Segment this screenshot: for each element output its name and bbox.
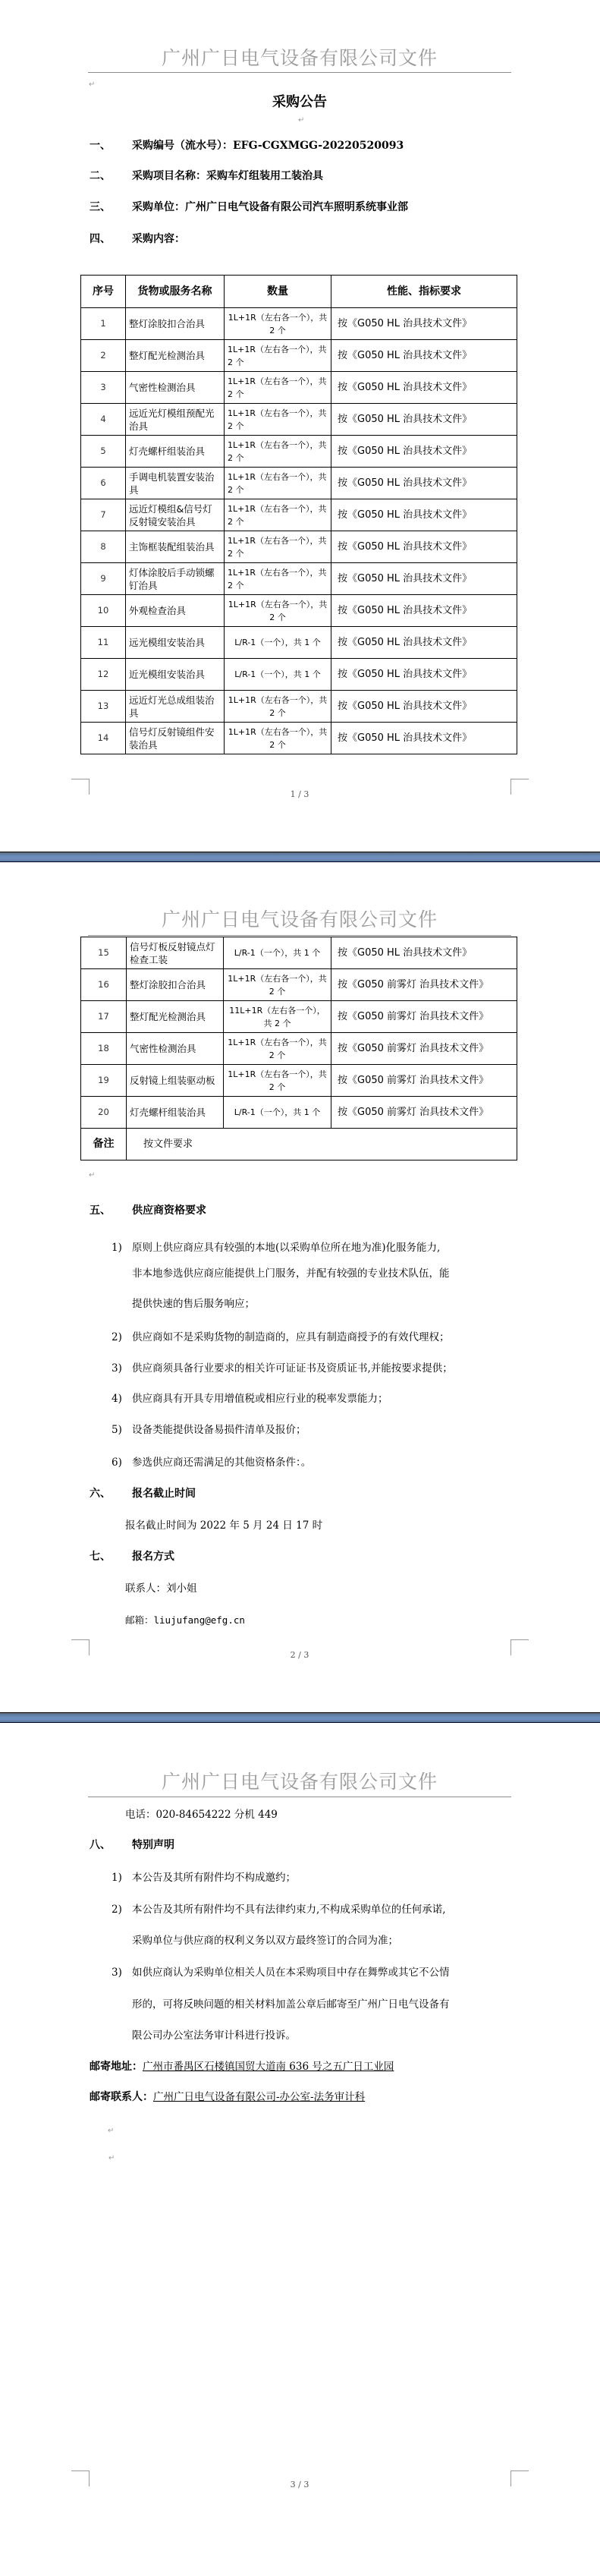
mail-address-line: 邮寄地址：广州市番禺区石楼镇国贸大道南 636 号之五广日工业园 [90, 2060, 394, 2074]
page-3: 广州广日电气设备有限公司文件 电话：020-84654222 分机 449 八、… [0, 1723, 600, 2576]
cell-no: 18 [81, 1033, 127, 1065]
item-number: 4) [112, 1392, 122, 1406]
cell-spec: 按《G050 HL 治具技术文件》 [331, 627, 517, 659]
cell-spec: 按《G050 HL 治具技术文件》 [331, 723, 517, 754]
section-1-label: 采购编号（流水号）： [132, 140, 233, 152]
cell-spec: 按《G050 前雾灯 治具技术文件》 [331, 1097, 517, 1129]
cell-spec: 按《G050 HL 治具技术文件》 [331, 531, 517, 563]
cell-qty: L/R-1（一个），共 1 个 [224, 937, 331, 969]
cell-no: 11 [81, 627, 126, 659]
crop-mark-left [71, 2471, 90, 2486]
table-row: 14信号灯反射镜组件安装治具1L+1R（左右各一个），共 2 个按《G050 H… [81, 723, 517, 754]
paragraph-mark-icon: ↵ [108, 2154, 115, 2162]
table-row: 20灯壳螺杆组装治具L/R-1（一个），共 1 个按《G050 前雾灯 治具技术… [81, 1097, 517, 1129]
item-text: 本公告及其所有附件均不构成邀约； [132, 1871, 296, 1885]
cell-name: 手调电机装置安装治具 [126, 468, 225, 499]
cell-qty: 1L+1R（左右各一个），共 2 个 [224, 1033, 331, 1065]
cell-qty: 1L+1R（左右各一个），共 2 个 [225, 595, 331, 627]
table-row: 4远近光灯模组预配光治具1L+1R（左右各一个），共 2 个按《G050 HL … [81, 404, 517, 436]
page-number: 1 / 3 [88, 789, 511, 800]
purchase-number: EFG-CGXMGG-20220520093 [233, 140, 404, 152]
cell-qty: 1L+1R（左右各一个），共 2 个 [225, 404, 331, 436]
cell-qty: L/R-1（一个），共 1 个 [225, 659, 331, 691]
section-1-text: 采购编号（流水号）：EFG-CGXMGG-20220520093 [132, 139, 404, 153]
header-rule [88, 72, 511, 73]
section-3-label: 采购单位： [132, 201, 185, 213]
paragraph-mark-icon: ↵ [298, 116, 304, 124]
document-header: 广州广日电气设备有限公司文件 [88, 909, 511, 931]
contact-email[interactable]: 邮箱：liujufang@efg.cn [125, 1614, 245, 1627]
item-text: 供应商须具备行业要求的相关许可证证书及资质证书,并能按要求提供； [132, 1362, 453, 1375]
purchasing-unit: 广州广日电气设备有限公司汽车照明系统事业部 [185, 201, 408, 213]
section-8-number: 八、 [90, 1838, 111, 1852]
cell-no: 5 [81, 436, 126, 468]
cell-name: 灯壳螺杆组装治具 [127, 1097, 224, 1129]
crop-mark-right [510, 779, 529, 795]
cell-spec: 按《G050 HL 治具技术文件》 [331, 372, 517, 404]
cell-name: 信号灯反射镜组件安装治具 [126, 723, 225, 754]
page-title: 采购公告 [88, 93, 511, 112]
mail-address-label: 邮寄地址： [90, 2061, 143, 2073]
cell-name: 远近灯模组&信号灯反射镜安装治具 [126, 499, 225, 531]
cell-qty: 1L+1R（左右各一个），共 2 个 [225, 723, 331, 754]
paragraph-mark-icon: ↵ [89, 80, 95, 89]
cell-spec: 按《G050 HL 治具技术文件》 [331, 563, 517, 595]
cell-spec: 按《G050 HL 治具技术文件》 [331, 499, 517, 531]
page-number: 2 / 3 [88, 1650, 511, 1661]
cell-qty: 1L+1R（左右各一个），共 2 个 [225, 436, 331, 468]
cell-no: 13 [81, 691, 126, 723]
cell-name: 气密性检测治具 [126, 372, 225, 404]
cell-name: 远近光灯模组预配光治具 [126, 404, 225, 436]
cell-name: 远近灯光总成组装治具 [126, 691, 225, 723]
cell-no: 10 [81, 595, 126, 627]
cell-no: 12 [81, 659, 126, 691]
item-number: 5) [112, 1423, 122, 1437]
project-name: 采购车灯组装用工装治具 [206, 170, 323, 182]
cell-qty: 1L+1R（左右各一个），共 2 个 [224, 969, 331, 1001]
page-number: 3 / 3 [88, 2480, 511, 2490]
cell-no: 17 [81, 1001, 127, 1033]
cell-name: 整灯配光检测治具 [127, 1001, 224, 1033]
item-text: 采购单位与供应商的权利义务以双方最终签订的合同为准； [132, 1934, 398, 1948]
cell-spec: 按《G050 HL 治具技术文件》 [331, 691, 517, 723]
item-text: 供应商具有开具专用增值税或相应行业的税率发票能力； [132, 1392, 388, 1406]
cell-no: 15 [81, 937, 127, 969]
table-row: 17整灯配光检测治具11L+1R（左右各一个），共 2 个按《G050 前雾灯 … [81, 1001, 517, 1033]
item-text: 供应商如不是采购货物的制造商的，应具有制造商授予的有效代理权； [132, 1331, 450, 1344]
section-2-label: 采购项目名称： [132, 170, 206, 182]
page-separator [0, 852, 600, 862]
item-text: 参选供应商还需满足的其他资格条件：。 [132, 1456, 311, 1469]
header-rule [88, 1797, 511, 1797]
cell-name: 灯壳螺杆组装治具 [126, 436, 225, 468]
table-row: 15信号灯板反射镜点灯检查工装L/R-1（一个），共 1 个按《G050 HL … [81, 937, 517, 969]
cell-qty: 1L+1R（左右各一个），共 2 个 [225, 691, 331, 723]
cell-qty: 1L+1R（左右各一个），共 2 个 [225, 340, 331, 372]
cell-qty: 1L+1R（左右各一个），共 2 个 [225, 563, 331, 595]
cell-qty: 11L+1R（左右各一个），共 2 个 [224, 1001, 331, 1033]
table-row: 8主饰框装配组装治具1L+1R（左右各一个），共 2 个按《G050 HL 治具… [81, 531, 517, 563]
col-header-qty: 数量 [225, 276, 331, 308]
item-text: 限公司办公室法务审计科进行投诉。 [132, 2029, 296, 2042]
deadline-text: 报名截止时间为 2022 年 5 月 24 日 17 时 [125, 1519, 322, 1532]
mail-contact-label: 邮寄联系人： [90, 2091, 153, 2103]
procurement-table-part-2: 15信号灯板反射镜点灯检查工装L/R-1（一个），共 1 个按《G050 HL … [80, 937, 517, 1160]
section-5-title: 供应商资格要求 [132, 1204, 206, 1217]
cell-name: 整灯配光检测治具 [126, 340, 225, 372]
col-header-spec: 性能、指标要求 [331, 276, 517, 308]
phone-text: 电话：020-84654222 分机 449 [125, 1808, 278, 1822]
mail-address: 广州市番禺区石楼镇国贸大道南 636 号之五广日工业园 [143, 2061, 394, 2073]
section-8-title: 特别声明 [132, 1838, 174, 1852]
table-row: 5灯壳螺杆组装治具1L+1R（左右各一个），共 2 个按《G050 HL 治具技… [81, 436, 517, 468]
cell-name: 信号灯板反射镜点灯检查工装 [127, 937, 224, 969]
cell-name: 灯体涂胶后手动锁螺钉治具 [126, 563, 225, 595]
cell-spec: 按《G050 HL 治具技术文件》 [331, 404, 517, 436]
procurement-table-part-1: 序号 货物或服务名称 数量 性能、指标要求 1整灯涂胶扣合治具1L+1R（左右各… [80, 275, 517, 754]
section-2-number: 二、 [90, 169, 111, 183]
section-2-text: 采购项目名称：采购车灯组装用工装治具 [132, 169, 323, 183]
item-text: 如供应商认为采购单位相关人员在本采购项目中存在舞弊或其它不公情 [132, 1966, 450, 1979]
section-4-text: 采购内容： [132, 232, 185, 246]
cell-name: 气密性检测治具 [127, 1033, 224, 1065]
note-label: 备注 [81, 1129, 127, 1160]
item-text: 提供快速的售后服务响应； [132, 1297, 255, 1311]
section-1-number: 一、 [90, 139, 111, 153]
cell-spec: 按《G050 HL 治具技术文件》 [331, 436, 517, 468]
cell-no: 19 [81, 1065, 127, 1097]
cell-qty: 1L+1R（左右各一个），共 2 个 [224, 1065, 331, 1097]
cell-spec: 按《G050 前雾灯 治具技术文件》 [331, 969, 517, 1001]
table-row: 18气密性检测治具1L+1R（左右各一个），共 2 个按《G050 前雾灯 治具… [81, 1033, 517, 1065]
item-number: 1) [112, 1241, 122, 1255]
table-row: 10外观检查治具1L+1R（左右各一个），共 2 个按《G050 HL 治具技术… [81, 595, 517, 627]
paragraph-mark-icon: ↵ [89, 1171, 95, 1179]
item-number: 6) [112, 1456, 122, 1469]
table-row: 12近光模组安装治具L/R-1（一个），共 1 个按《G050 HL 治具技术文… [81, 659, 517, 691]
item-text: 设备类能提供设备易损件清单及报价； [132, 1423, 306, 1437]
cell-spec: 按《G050 前雾灯 治具技术文件》 [331, 1033, 517, 1065]
cell-name: 整灯涂胶扣合治具 [127, 969, 224, 1001]
cell-no: 6 [81, 468, 126, 499]
cell-name: 反射镜上组装驱动板 [127, 1065, 224, 1097]
document-header: 广州广日电气设备有限公司文件 [88, 47, 511, 70]
item-number: 3) [112, 1362, 122, 1375]
cell-qty: 1L+1R（左右各一个），共 2 个 [225, 468, 331, 499]
cell-qty: L/R-1（一个），共 1 个 [225, 627, 331, 659]
table-note-row: 备注 按文件要求 [81, 1129, 517, 1160]
paragraph-mark-icon: ↵ [108, 2127, 114, 2135]
cell-qty: 1L+1R（左右各一个），共 2 个 [225, 372, 331, 404]
cell-no: 7 [81, 499, 126, 531]
col-header-no: 序号 [81, 276, 126, 308]
cell-spec: 按《G050 HL 治具技术文件》 [331, 340, 517, 372]
cell-spec: 按《G050 前雾灯 治具技术文件》 [331, 1065, 517, 1097]
note-value: 按文件要求 [127, 1129, 517, 1160]
item-text: 形的，可将反映问题的相关材料加盖公章后邮寄至广州广日电气设备有 [132, 1998, 450, 2011]
cell-no: 1 [81, 308, 126, 340]
cell-no: 16 [81, 969, 127, 1001]
table-row: 16整灯涂胶扣合治具1L+1R（左右各一个），共 2 个按《G050 前雾灯 治… [81, 969, 517, 1001]
table-row: 13远近灯光总成组装治具1L+1R（左右各一个），共 2 个按《G050 HL … [81, 691, 517, 723]
cell-qty: L/R-1（一个），共 1 个 [224, 1097, 331, 1129]
item-number: 1) [112, 1871, 122, 1885]
cell-no: 8 [81, 531, 126, 563]
cell-no: 2 [81, 340, 126, 372]
mail-contact: 广州广日电气设备有限公司-办公室-法务审计科 [153, 2091, 365, 2103]
cell-no: 14 [81, 723, 126, 754]
crop-mark-right [510, 2471, 529, 2486]
table-row: 2整灯配光检测治具1L+1R（左右各一个），共 2 个按《G050 HL 治具技… [81, 340, 517, 372]
cell-name: 外观检查治具 [126, 595, 225, 627]
item-number: 3) [112, 1966, 122, 1979]
cell-name: 主饰框装配组装治具 [126, 531, 225, 563]
item-number: 2) [112, 1903, 122, 1916]
item-text: 原则上供应商应具有较强的本地(以采购单位所在地为准)化服务能力, [132, 1241, 440, 1255]
cell-spec: 按《G050 HL 治具技术文件》 [331, 308, 517, 340]
cell-name: 近光模组安装治具 [126, 659, 225, 691]
cell-no: 9 [81, 563, 126, 595]
cell-spec: 按《G050 HL 治具技术文件》 [331, 468, 517, 499]
cell-qty: 1L+1R（左右各一个），共 2 个 [225, 531, 331, 563]
header-rule [88, 935, 511, 936]
mail-contact-line: 邮寄联系人：广州广日电气设备有限公司-办公室-法务审计科 [90, 2090, 365, 2104]
section-6-number: 六、 [90, 1487, 111, 1501]
table-row: 6手调电机装置安装治具1L+1R（左右各一个），共 2 个按《G050 HL 治… [81, 468, 517, 499]
page-2: 广州广日电气设备有限公司文件 15信号灯板反射镜点灯检查工装L/R-1（一个），… [0, 862, 600, 1712]
col-header-name: 货物或服务名称 [126, 276, 225, 308]
section-3-number: 三、 [90, 200, 111, 214]
table-row: 1整灯涂胶扣合治具1L+1R（左右各一个），共 2 个按《G050 HL 治具技… [81, 308, 517, 340]
crop-mark-left [71, 779, 90, 795]
item-number: 2) [112, 1331, 122, 1344]
page-1: 广州广日电气设备有限公司文件 ↵ 采购公告 ↵ 一、 采购编号（流水号）：EFG… [0, 0, 600, 852]
cell-spec: 按《G050 前雾灯 治具技术文件》 [331, 1001, 517, 1033]
crop-mark-right [510, 1639, 529, 1655]
section-7-title: 报名方式 [132, 1550, 174, 1564]
section-7-number: 七、 [90, 1550, 111, 1564]
table-row: 11远光模组安装治具L/R-1（一个），共 1 个按《G050 HL 治具技术文… [81, 627, 517, 659]
cell-qty: 1L+1R（左右各一个），共 2 个 [225, 308, 331, 340]
cell-spec: 按《G050 HL 治具技术文件》 [331, 937, 517, 969]
section-6-title: 报名截止时间 [132, 1487, 196, 1501]
cell-spec: 按《G050 HL 治具技术文件》 [331, 595, 517, 627]
cell-no: 20 [81, 1097, 127, 1129]
table-row: 9灯体涂胶后手动锁螺钉治具1L+1R（左右各一个），共 2 个按《G050 HL… [81, 563, 517, 595]
cell-name: 整灯涂胶扣合治具 [126, 308, 225, 340]
cell-qty: 1L+1R（左右各一个），共 2 个 [225, 499, 331, 531]
section-5-number: 五、 [90, 1204, 111, 1217]
item-text: 非本地参选供应商应能提供上门服务，并配有较强的专业技术队伍，能 [132, 1267, 450, 1280]
contact-person: 联系人：刘小姐 [125, 1582, 197, 1595]
table-row: 3气密性检测治具1L+1R（左右各一个），共 2 个按《G050 HL 治具技术… [81, 372, 517, 404]
table-row: 19反射镜上组装驱动板1L+1R（左右各一个），共 2 个按《G050 前雾灯 … [81, 1065, 517, 1097]
cell-no: 4 [81, 404, 126, 436]
table-row: 7远近灯模组&信号灯反射镜安装治具1L+1R（左右各一个），共 2 个按《G05… [81, 499, 517, 531]
cell-name: 远光模组安装治具 [126, 627, 225, 659]
document-header: 广州广日电气设备有限公司文件 [88, 1771, 511, 1793]
item-text: 本公告及其所有附件均不具有法律约束力,不构成采购单位的任何承诺, [132, 1903, 446, 1916]
cell-no: 3 [81, 372, 126, 404]
crop-mark-left [71, 1639, 90, 1655]
section-3-text: 采购单位：广州广日电气设备有限公司汽车照明系统事业部 [132, 200, 408, 214]
cell-spec: 按《G050 HL 治具技术文件》 [331, 659, 517, 691]
section-4-label: 采购内容： [132, 233, 185, 245]
section-4-number: 四、 [90, 232, 111, 246]
table-header-row: 序号 货物或服务名称 数量 性能、指标要求 [81, 276, 517, 308]
page-separator [0, 1712, 600, 1723]
